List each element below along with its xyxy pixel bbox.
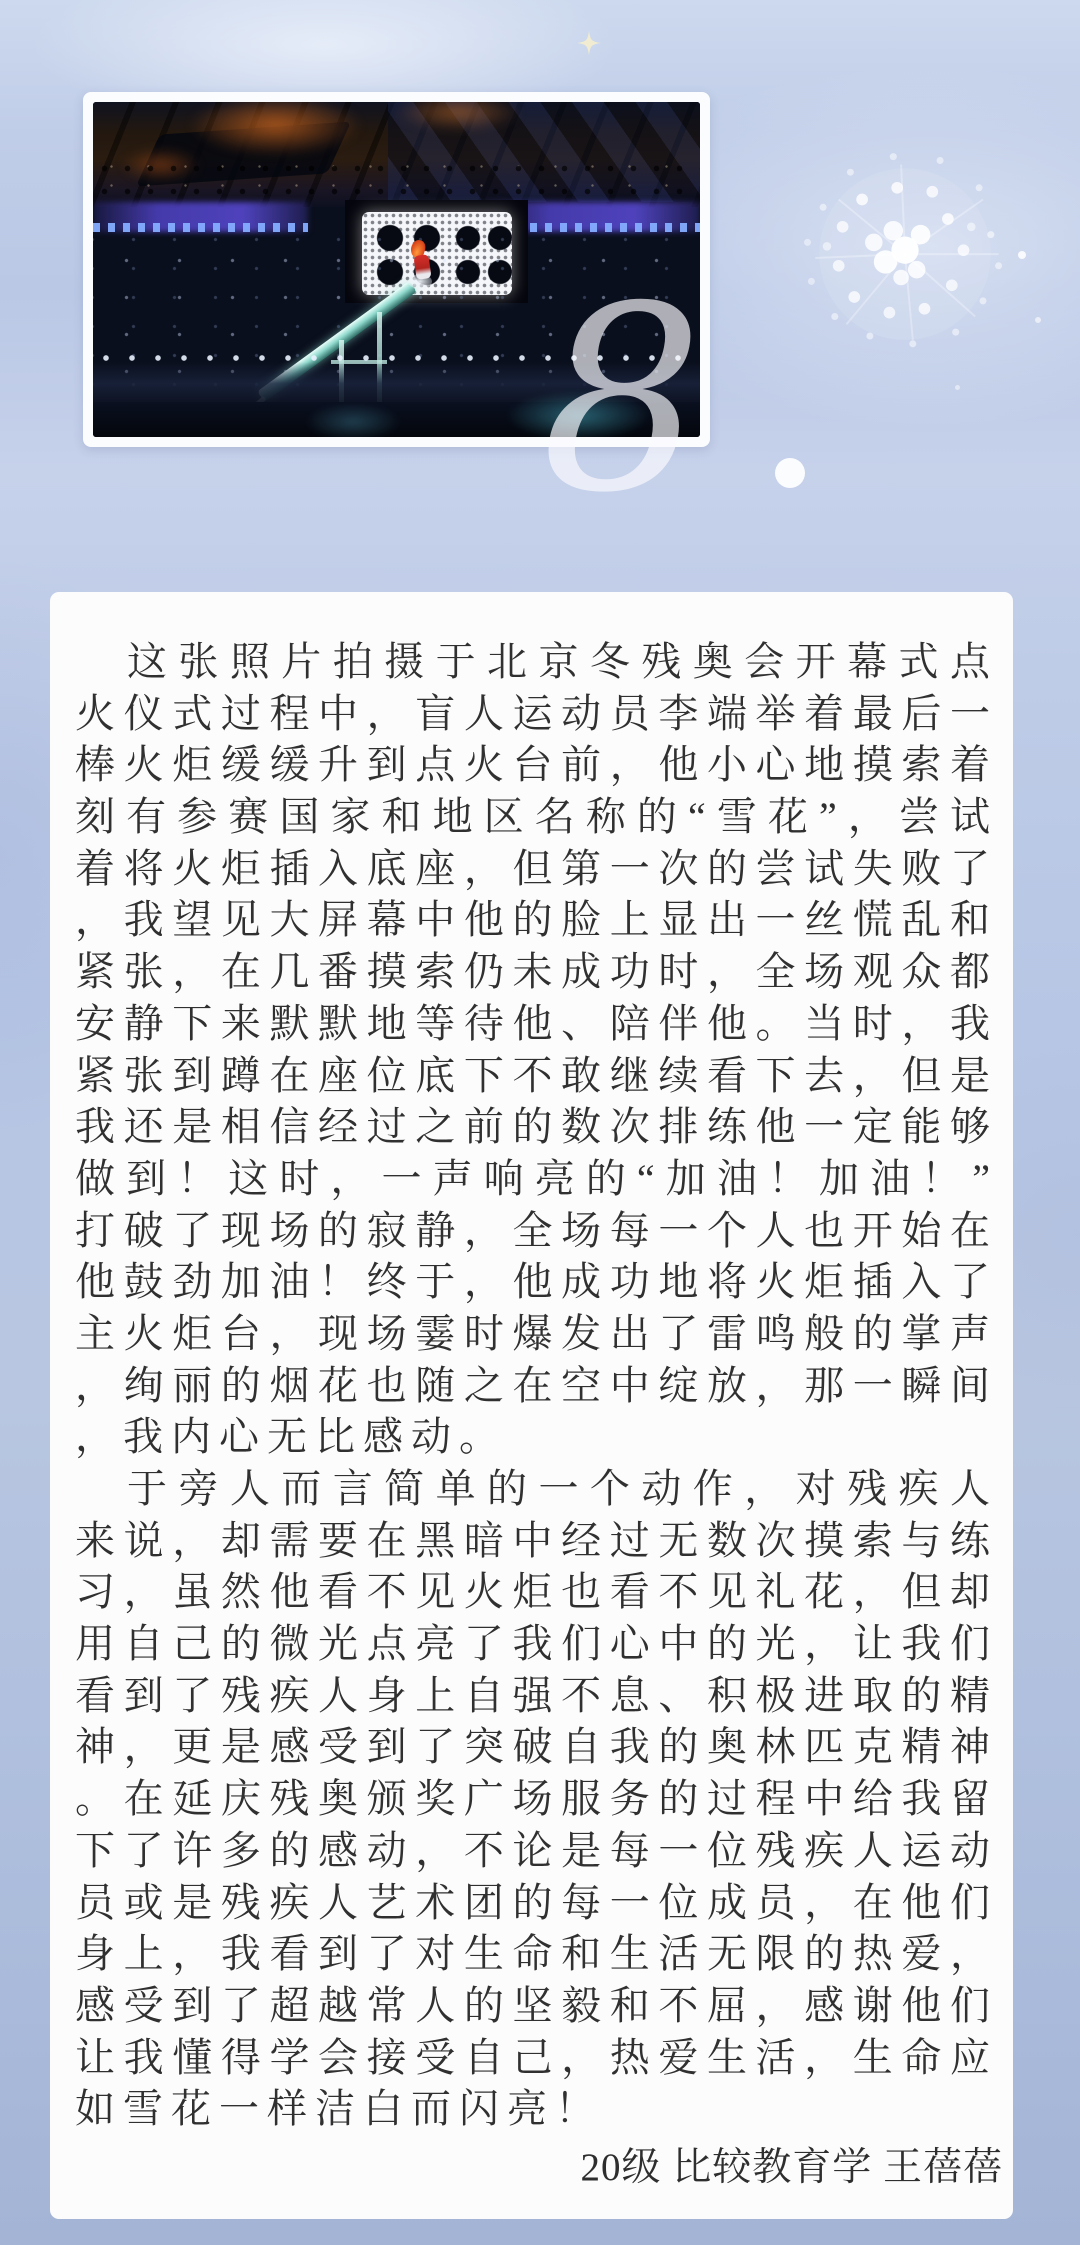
- dot-icon: [775, 458, 805, 488]
- essay-line: 棒火炬缓缓升到点火台前，他小心地摸索着: [75, 739, 990, 791]
- essay-line: 下了许多的感动，不论是每一位残疾人运动: [75, 1825, 990, 1877]
- sparkle-dot: [955, 385, 960, 390]
- essay-line: 看到了残疾人身上自强不息、积极进取的精: [75, 1670, 990, 1722]
- essay-line: 主火炬台，现场霎时爆发出了雷鸣般的掌声: [75, 1308, 990, 1360]
- essay-line: ，我内心无比感动。: [75, 1411, 990, 1463]
- sparkle-dot: [1035, 317, 1041, 323]
- torchbearer-figure: [413, 254, 431, 280]
- essay-line: ，绚丽的烟花也随之在空中绽放，那一瞬间: [75, 1360, 990, 1412]
- stadium-night-scene: [93, 102, 700, 437]
- essay-line: 感受到了超越常人的坚毅和不屈，感谢他们: [75, 1980, 990, 2032]
- essay-line: 安静下来默默地等待他、陪伴他。当时，我: [75, 998, 990, 1050]
- essay-line: 来说，却需要在黑暗中经过无数次摸索与练: [75, 1515, 990, 1567]
- essay-paragraph-2: 于旁人而言简单的一个动作，对残疾人来说，却需要在黑暗中经过无数次摸索与练习，虽然…: [75, 1463, 990, 2135]
- ceremony-photo: [83, 92, 710, 447]
- hanging-rig-lights: [93, 157, 700, 203]
- stand-lights-row: [93, 354, 700, 362]
- essay-line: 刻有参赛国家和地区名称的“雪花”，尝试: [75, 791, 990, 843]
- essay-line: 员或是残疾人艺术团的每一位成员，在他们: [75, 1877, 990, 1929]
- essay-line: 紧张，在几番摸索仍未成功时，全场观众都: [75, 946, 990, 998]
- firework-icon: [788, 140, 1022, 376]
- sparkle-dot: [1018, 251, 1026, 259]
- essay-line: 让我懂得学会接受自己，热爱生活，生命应: [75, 2032, 990, 2084]
- essay-line: 我还是相信经过之前的数次排练他一定能够: [75, 1101, 990, 1153]
- essay-line: 打破了现场的寂静，全场每一个人也开始在: [75, 1205, 990, 1257]
- sparkle-icon: [576, 30, 602, 56]
- essay-line: 火仪式过程中，盲人运动员李端举着最后一: [75, 688, 990, 740]
- essay-line: 用自己的微光点亮了我们心中的光，让我们: [75, 1618, 990, 1670]
- essay-line: 这张照片拍摄于北京冬残奥会开幕式点: [75, 636, 990, 688]
- essay-line: 神，更是感受到了突破自我的奥林匹克精神: [75, 1721, 990, 1773]
- essay-text: 这张照片拍摄于北京冬残奥会开幕式点火仪式过程中，盲人运动员李端举着最后一棒火炬缓…: [75, 636, 990, 2194]
- essay-line: 他鼓劲加油！终于，他成功地将火炬插入了: [75, 1256, 990, 1308]
- led-strip: [93, 223, 308, 232]
- essay-signature: 20级 比较教育学 王蓓蓓: [75, 2142, 1003, 2194]
- essay-line: 。在延庆残奥颁奖广场服务的过程中给我留: [75, 1773, 990, 1825]
- essay-paragraph-1: 这张照片拍摄于北京冬残奥会开幕式点火仪式过程中，盲人运动员李端举着最后一棒火炬缓…: [75, 636, 990, 1463]
- essay-card: 这张照片拍摄于北京冬残奥会开幕式点火仪式过程中，盲人运动员李端举着最后一棒火炬缓…: [50, 592, 1013, 2219]
- essay-line: 着将火炬插入底座，但第一次的尝试失败了: [75, 843, 990, 895]
- memory-album-page: 8 这张照片拍摄于北京冬残奥会开幕式点火仪式过程中，盲人运动员李端举着最后一棒火…: [0, 0, 1080, 2245]
- essay-line: 于旁人而言简单的一个动作，对残疾人: [75, 1463, 990, 1515]
- essay-line: 如雪花一样洁白而闪亮！: [75, 2083, 990, 2135]
- essay-line: ，我望见大屏幕中他的脸上显出一丝慌乱和: [75, 894, 990, 946]
- essay-line: 身上，我看到了对生命和生活无限的热爱，: [75, 1928, 990, 1980]
- essay-line: 习，虽然他看不见火炬也看不见礼花，但却: [75, 1566, 990, 1618]
- essay-line: 做到！这时，一声响亮的“加油！加油！”: [75, 1153, 990, 1205]
- essay-line: 紧张到蹲在座位底下不敢继续看下去，但是: [75, 1050, 990, 1102]
